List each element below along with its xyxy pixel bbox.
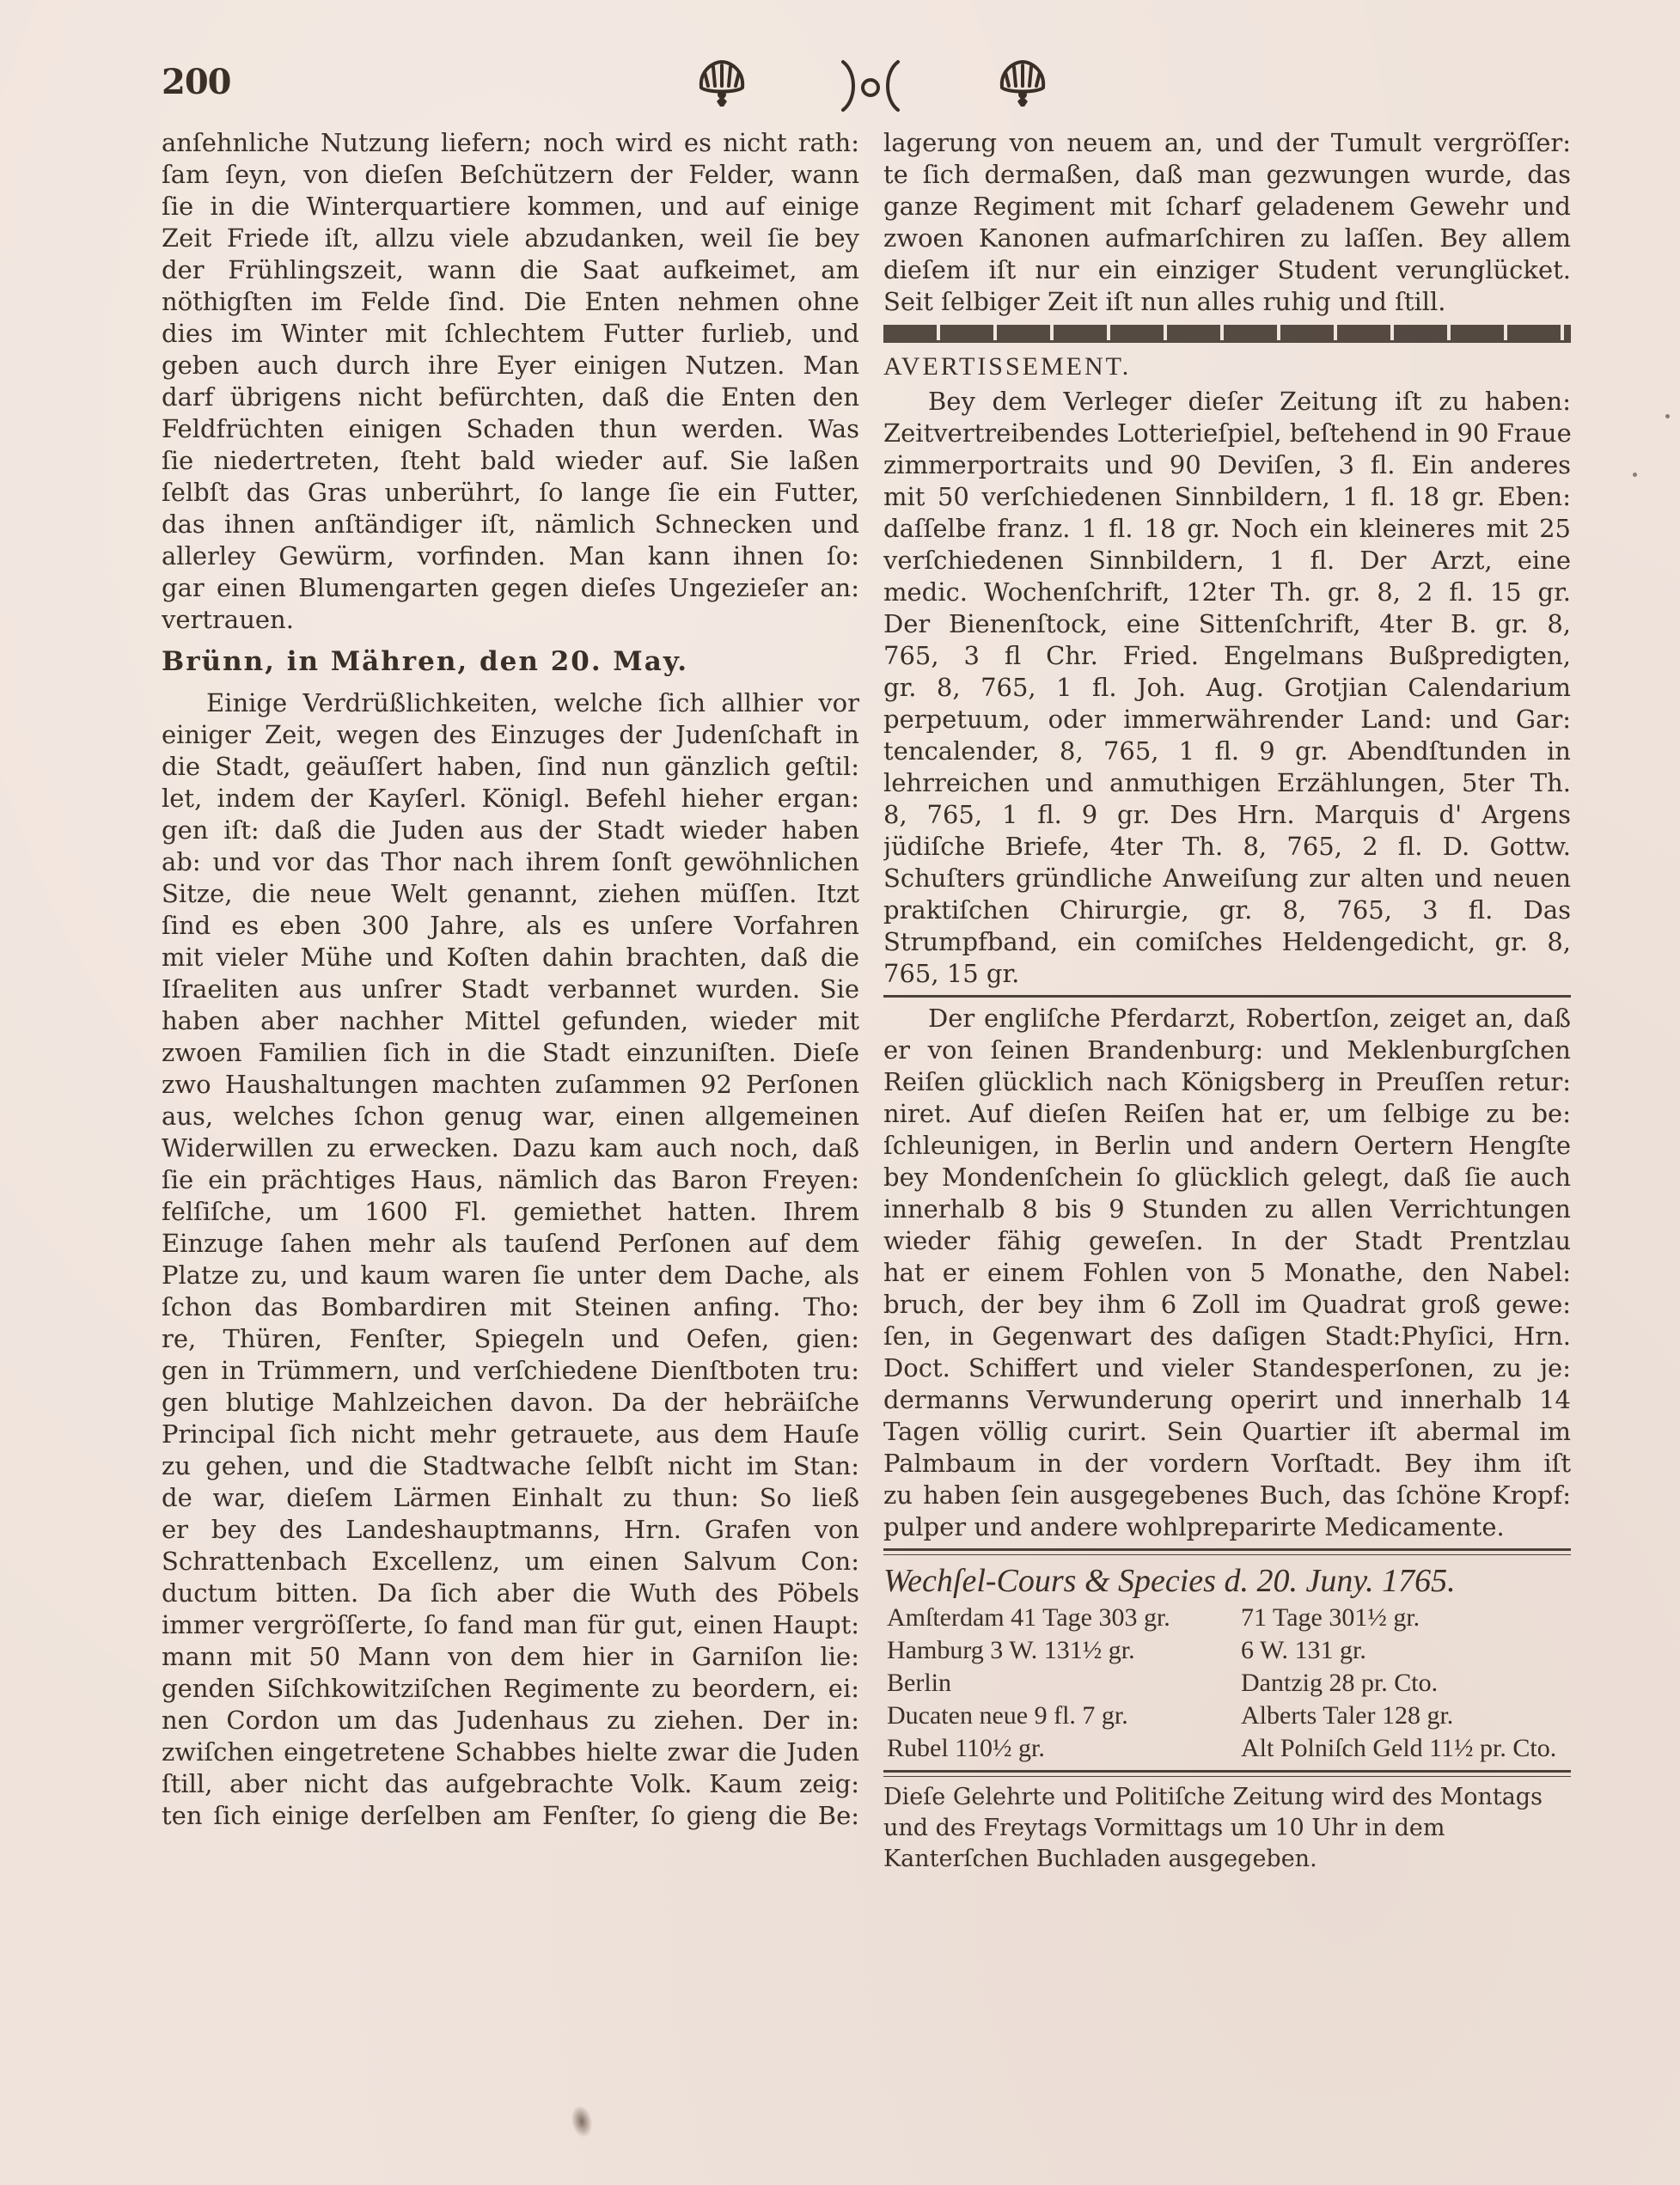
advert-title: AVERTISSEMENT. <box>883 348 1571 386</box>
text-line: Schuſters gründliche Anweiſung zur alten… <box>883 863 1571 894</box>
left-column: anſehnliche Nutzung liefern; noch wird e… <box>162 127 859 1832</box>
text-line: ſind es eben 300 Jahre, als es unſere Vo… <box>162 910 859 942</box>
text-line: felſiſche, um 1600 Fl. gemiethet hatten.… <box>162 1196 859 1228</box>
text-line: er von ſeinen Brandenburg: und Meklenbur… <box>883 1035 1571 1066</box>
ornamental-divider <box>883 325 1571 343</box>
text-line: innerhalb 8 bis 9 Stunden zu allen Verri… <box>883 1193 1571 1225</box>
text-line: niret. Auf dieſen Reiſen hat er, um ſelb… <box>883 1098 1571 1130</box>
text-line: tencalender, 8, 765, 1 fl. 9 gr. Abendſt… <box>883 735 1571 767</box>
text-line: ten ſich einige derſelben am Fenſter, ſo… <box>162 1800 859 1832</box>
text-line: vertrauen. <box>162 604 859 636</box>
text-line: zu gehen, und die Stadtwache ſelbſt nich… <box>162 1450 859 1482</box>
paper-speck <box>1665 414 1670 418</box>
text-line: pulper und andere wohlpreparirte Medicam… <box>883 1511 1571 1543</box>
text-line: allerley Gewürm, vorfinden. Man kann ihn… <box>162 540 859 572</box>
table-cell: Ducaten neue 9 fl. 7 gr. <box>883 1700 1241 1732</box>
text-line: medic. Wochenſchrift, 12ter Th. gr. 8, 2… <box>883 577 1571 608</box>
text-line: ſam ſeyn, von dieſen Beſchützern der Fel… <box>162 159 859 191</box>
text-line: Sitze, die neue Welt genannt, ziehen müſ… <box>162 878 859 910</box>
text-line: ſen, in Gegenwart des daſigen Stadt:Phyſ… <box>883 1321 1571 1352</box>
paper-stain <box>568 2103 595 2139</box>
text-line: einiger Zeit, wegen des Einzuges der Jud… <box>162 719 859 751</box>
text-line: dies im Winter mit ſchlechtem Futter fur… <box>162 318 859 350</box>
text-line: darf übrigens nicht befürchten, daß die … <box>162 381 859 413</box>
continued-paragraph: lagerung von neuem an, und der Tumult ve… <box>883 127 1571 318</box>
table-cell: Alberts Taler 128 gr. <box>1241 1700 1571 1732</box>
text-line: 765, 15 gr. <box>883 958 1571 990</box>
text-line: 8, 765, 1 fl. 9 gr. Des Hrn. Marquis d' … <box>883 799 1571 831</box>
text-line: gr. 8, 765, 1 fl. Joh. Aug. Grotjian Cal… <box>883 672 1571 704</box>
text-line: let, indem der Kayſerl. Königl. Befehl h… <box>162 783 859 815</box>
text-line: zwiſchen eingetretene Schabbes hielte zw… <box>162 1736 859 1768</box>
text-line: jüdiſche Briefe, 4ter Th. 8, 765, 2 fl. … <box>883 831 1571 863</box>
text-line: verſchiedenen Sinnbildern, 1 fl. Der Arz… <box>883 545 1571 577</box>
text-line: geben auch durch ihre Eyer einigen Nutze… <box>162 350 859 381</box>
table-row: Amſterdam 41 Tage 303 gr. 71 Tage 301½ g… <box>883 1602 1571 1634</box>
text-line: zwoen Kanonen aufmarſchiren zu laſſen. B… <box>883 223 1571 254</box>
section-divider <box>883 995 1571 998</box>
text-line: Doct. Schiffert und vieler Standesperſon… <box>883 1352 1571 1384</box>
table-cell: Hamburg 3 W. 131½ gr. <box>883 1634 1241 1667</box>
text-line: nen Cordon um das Judenhaus zu ziehen. D… <box>162 1705 859 1736</box>
text-line: immer vergröſſerte, ſo fand man für gut,… <box>162 1609 859 1641</box>
footer-line: Dieſe Gelehrte und Politiſche Zeitung wi… <box>883 1782 1571 1813</box>
text-line: gen iſt: daß die Juden aus der Stadt wie… <box>162 815 859 846</box>
exchange-rates-title: Wechſel-Cours & Species d. 20. Juny. 176… <box>883 1560 1571 1602</box>
text-line: gar einen Blumengarten gegen dieſes Unge… <box>162 572 859 604</box>
text-line: bruch, der bey ihm 6 Zoll im Quadrat gro… <box>883 1289 1571 1321</box>
text-line: dermanns Verwunderung operirt und innerh… <box>883 1384 1571 1416</box>
text-line: ab: und vor das Thor nach ihrem ſonſt ge… <box>162 846 859 878</box>
table-cell: Rubel 110½ gr. <box>883 1732 1241 1765</box>
text-line: daſſelbe franz. 1 fl. 18 gr. Noch ein kl… <box>883 513 1571 545</box>
table-cell: Dantzig 28 pr. Cto. <box>1241 1667 1571 1700</box>
text-line: te ſich dermaßen, daß man gezwungen wurd… <box>883 159 1571 191</box>
text-line: Einige Verdrüßlichkeiten, welche ſich al… <box>162 687 859 719</box>
text-line: zimmerportraits und 90 Deviſen, 3 fl. Ei… <box>883 449 1571 481</box>
text-line: haben aber nachher Mittel gefunden, wied… <box>162 1005 859 1037</box>
text-line: Palmbaum in der vordern Vorſtadt. Bey ih… <box>883 1448 1571 1480</box>
text-line: Feldfrüchten einigen Schaden thun werden… <box>162 413 859 445</box>
text-line: ſchon das Bombardiren mit Steinen anfing… <box>162 1291 859 1323</box>
table-row: Ducaten neue 9 fl. 7 gr. Alberts Taler 1… <box>883 1700 1571 1732</box>
text-line: aus, welches ſchon genug war, einen allg… <box>162 1101 859 1132</box>
center-divider-glyph-icon <box>836 58 905 113</box>
text-line: genden Siſchkowitziſchen Regimente zu be… <box>162 1673 859 1705</box>
table-cell: 71 Tage 301½ gr. <box>1241 1602 1571 1634</box>
table-cell: Alt Polniſch Geld 11½ pr. Cto. <box>1241 1732 1571 1765</box>
shell-ornament-icon <box>694 58 749 110</box>
text-line: de war, dieſem Lärmen Einhalt zu thun: S… <box>162 1482 859 1514</box>
text-line: mit vieler Mühe und Koſten dahin brachte… <box>162 942 859 973</box>
text-line: ſie niedertreten, ſteht bald wieder auf.… <box>162 445 859 477</box>
footer-line: Kanterſchen Buchladen ausgegeben. <box>883 1844 1571 1875</box>
text-line: mit 50 verſchiedenen Sinnbildern, 1 fl. … <box>883 481 1571 513</box>
text-line: Zeitvertreibendes Lotterieſpiel, beſtehe… <box>883 418 1571 449</box>
table-row: Rubel 110½ gr. Alt Polniſch Geld 11½ pr.… <box>883 1732 1571 1765</box>
exchange-rates-table: Amſterdam 41 Tage 303 gr. 71 Tage 301½ g… <box>883 1602 1571 1765</box>
publication-footer-note: Dieſe Gelehrte und Politiſche Zeitung wi… <box>883 1782 1571 1875</box>
text-line: zwoen Familien ſich in die Stadt einzuni… <box>162 1037 859 1069</box>
text-line: zu haben ſein ausgegebenes Buch, das ſch… <box>883 1480 1571 1511</box>
text-line: ductum bitten. Da ſich aber die Wuth des… <box>162 1578 859 1609</box>
page-header: 200 <box>162 58 1571 119</box>
table-row: Hamburg 3 W. 131½ gr. 6 W. 131 gr. <box>883 1634 1571 1667</box>
table-cell: Amſterdam 41 Tage 303 gr. <box>883 1602 1241 1634</box>
text-line: Der Bienenſtock, eine Sittenſchrift, 4te… <box>883 608 1571 640</box>
table-cell: 6 W. 131 gr. <box>1241 1634 1571 1667</box>
text-line: re, Thüren, Fenſter, Spiegeln und Oefen,… <box>162 1323 859 1355</box>
continued-paragraph: anſehnliche Nutzung liefern; noch wird e… <box>162 127 859 636</box>
section-divider <box>883 1548 1571 1555</box>
footer-line: und des Freytags Vormittags um 10 Uhr in… <box>883 1813 1571 1844</box>
text-line: anſehnliche Nutzung liefern; noch wird e… <box>162 127 859 159</box>
text-line: Iſraeliten aus unſrer Stadt verbannet wu… <box>162 973 859 1005</box>
text-line: bey Mondenſchein ſo glücklich gelegt, da… <box>883 1162 1571 1193</box>
text-line: Schrattenbach Excellenz, um einen Salvum… <box>162 1546 859 1578</box>
text-line: wieder fähig geweſen. In der Stadt Prent… <box>883 1225 1571 1257</box>
text-line: Strumpfband, ein comiſches Heldengedicht… <box>883 926 1571 958</box>
text-line: der Frühlingszeit, wann die Saat aufkeim… <box>162 254 859 286</box>
section-divider <box>883 1770 1571 1777</box>
article-paragraph: Einige Verdrüßlichkeiten, welche ſich al… <box>162 687 859 1832</box>
text-line: Der engliſche Pferdarzt, Robertſon, zeig… <box>883 1003 1571 1035</box>
text-line: ganze Regiment mit ſcharf geladenem Gewe… <box>883 191 1571 223</box>
text-line: Einzuge ſahen mehr als tauſend Perſonen … <box>162 1228 859 1260</box>
text-line: Bey dem Verleger dieſer Zeitung iſt zu h… <box>883 386 1571 418</box>
text-line: praktiſchen Chirurgie, gr. 8, 765, 3 fl.… <box>883 894 1571 926</box>
text-line: die Stadt, geäuſſert haben, ſind nun gän… <box>162 751 859 783</box>
text-line: perpetuum, oder immerwährender Land: und… <box>883 704 1571 735</box>
newspaper-page: 200 <box>0 0 1680 2185</box>
text-line: Zeit Friede iſt, allzu viele abzudanken,… <box>162 223 859 254</box>
text-line: zwo Haushaltungen machten zuſammen 92 Pe… <box>162 1069 859 1101</box>
article-dateline: Brünn, in Mähren, den 20. May. <box>162 636 859 687</box>
text-line: hat er einem Fohlen von 5 Monathe, den N… <box>883 1257 1571 1289</box>
text-line: Reiſen glücklich nach Königsberg in Preu… <box>883 1066 1571 1098</box>
text-line: gen in Trümmern, und verſchiedene Dienſt… <box>162 1355 859 1387</box>
text-line: nöthigſten im Felde ſind. Die Enten nehm… <box>162 286 859 318</box>
text-line: ſie ein prächtiges Haus, nämlich das Bar… <box>162 1164 859 1196</box>
table-cell: Berlin <box>883 1667 1241 1700</box>
text-line: Tagen völlig curirt. Sein Quartier iſt a… <box>883 1416 1571 1448</box>
text-line: gen blutige Mahlzeichen davon. Da der he… <box>162 1387 859 1419</box>
text-line: Widerwillen zu erwecken. Dazu kam auch n… <box>162 1132 859 1164</box>
text-line: lehrreichen und anmuthigen Erzählungen, … <box>883 767 1571 799</box>
text-line: ſchleunigen, in Berlin und andern Oerter… <box>883 1130 1571 1162</box>
page-number: 200 <box>162 62 231 102</box>
right-column: lagerung von neuem an, und der Tumult ve… <box>883 127 1571 1875</box>
text-line: mann mit 50 Mann von dem hier in Garniſo… <box>162 1641 859 1673</box>
text-line: Seit ſelbiger Zeit iſt nun alles ruhig u… <box>883 286 1571 318</box>
text-line: Principal ſich nicht mehr getrauete, aus… <box>162 1419 859 1450</box>
text-line: lagerung von neuem an, und der Tumult ve… <box>883 127 1571 159</box>
shell-ornament-icon <box>995 58 1050 110</box>
text-line: Platze zu, und kaum waren ſie unter dem … <box>162 1260 859 1291</box>
advert-paragraph: Bey dem Verleger dieſer Zeitung iſt zu h… <box>883 386 1571 990</box>
text-line: ſie in die Winterquartiere kommen, und a… <box>162 191 859 223</box>
text-line: dieſem iſt nur ein einziger Student veru… <box>883 254 1571 286</box>
text-line: er bey des Landeshauptmanns, Hrn. Grafen… <box>162 1514 859 1546</box>
table-row: Berlin Dantzig 28 pr. Cto. <box>883 1667 1571 1700</box>
paper-speck <box>1633 473 1637 477</box>
text-line: ſtill, aber nicht das aufgebrachte Volk.… <box>162 1768 859 1800</box>
text-line: ſelbſt das Gras unberührt, ſo lange ſie … <box>162 477 859 509</box>
robertson-paragraph: Der engliſche Pferdarzt, Robertſon, zeig… <box>883 1003 1571 1543</box>
text-line: 765, 3 fl Chr. Fried. Engelmans Bußpredi… <box>883 640 1571 672</box>
text-line: das ihnen anſtändiger iſt, nämlich Schne… <box>162 509 859 540</box>
